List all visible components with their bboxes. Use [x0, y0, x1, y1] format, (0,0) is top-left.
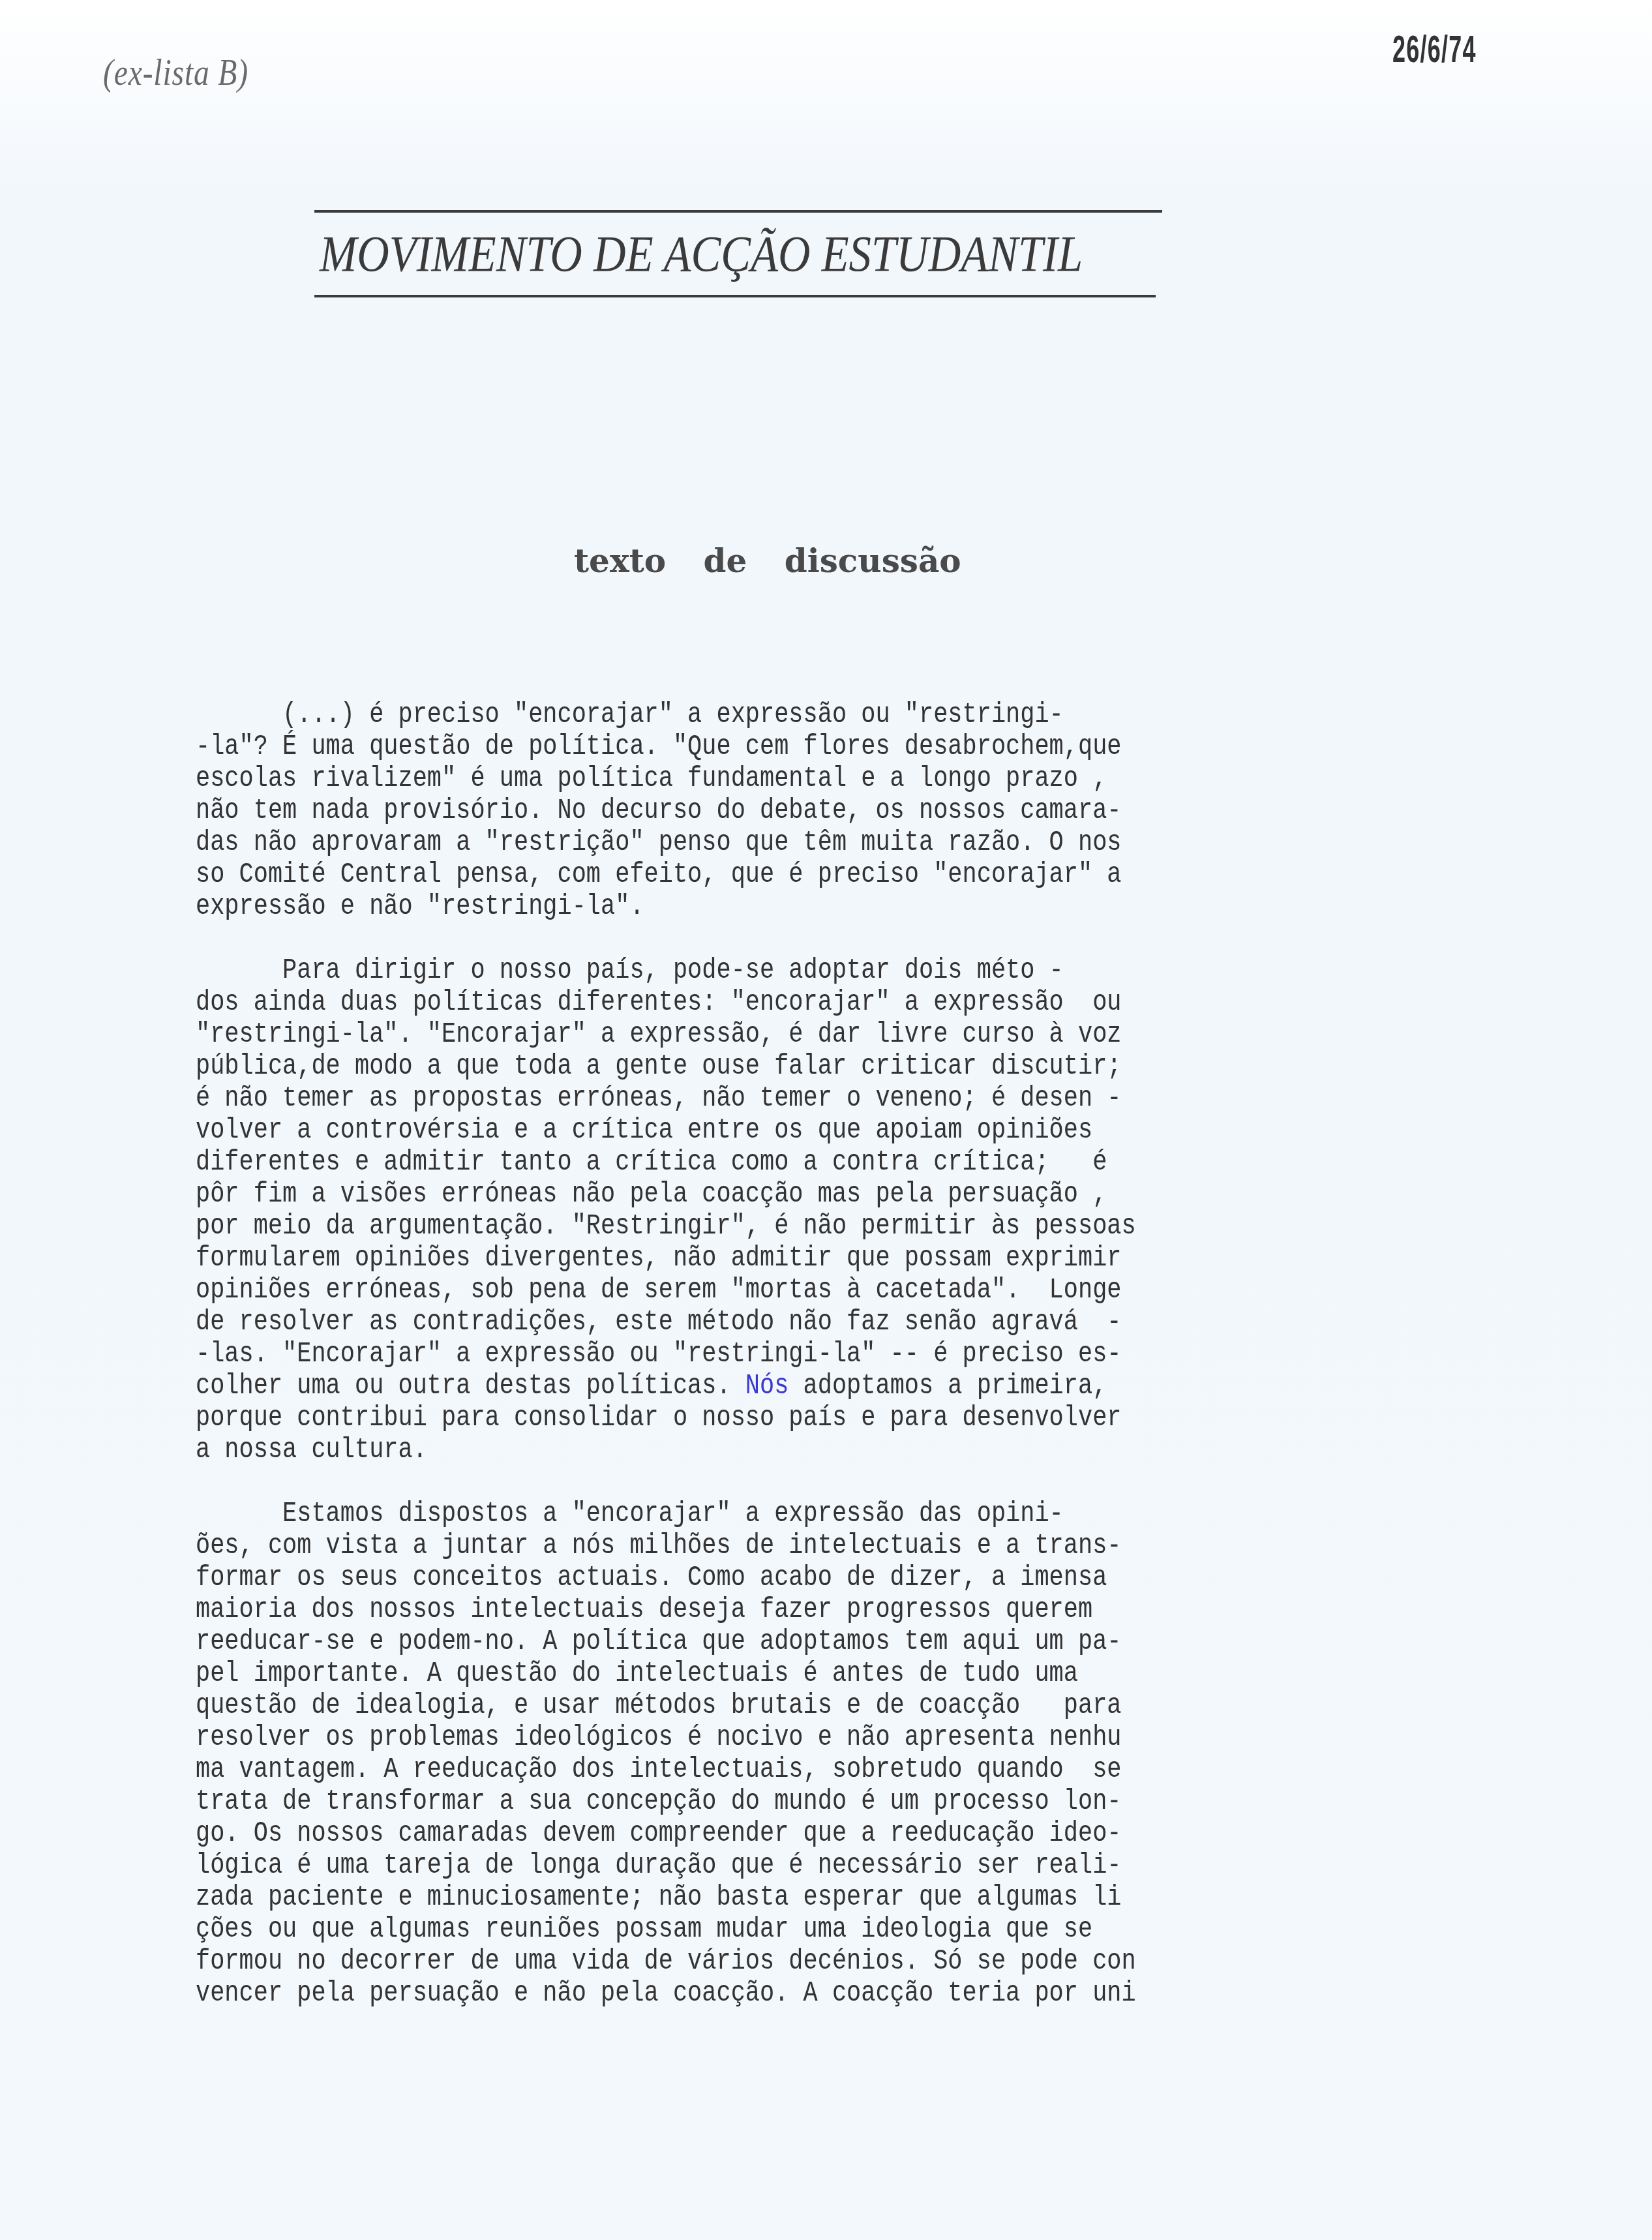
- reference-note: (ex-lista B): [103, 52, 248, 94]
- text-line: escolas rivalizem" é uma política fundam…: [196, 763, 1335, 795]
- text-line: formou no decorrer de uma vida de vários…: [196, 1946, 1335, 1978]
- text-line: vencer pela persuação e não pela coacção…: [196, 1978, 1335, 2010]
- text-line: das não aprovaram a "restrição" penso qu…: [196, 827, 1335, 859]
- text-line: é não temer as propostas erróneas, não t…: [196, 1083, 1335, 1115]
- section-heading: texto de discussão: [574, 541, 961, 580]
- paragraph: Estamos dispostos a "encorajar" a expres…: [196, 1498, 1552, 2010]
- text-line: ma vantagem. A reeducação dos intelectua…: [196, 1754, 1335, 1786]
- text-line: Para dirigir o nosso país, pode-se adopt…: [196, 955, 1335, 987]
- text-line: pública,de modo a que toda a gente ouse …: [196, 1051, 1335, 1083]
- text-line: resolver os problemas ideológicos é noci…: [196, 1722, 1335, 1754]
- text-line: pel importante. A questão do intelectuai…: [196, 1658, 1335, 1690]
- text-line: formar os seus conceitos actuais. Como a…: [196, 1562, 1335, 1594]
- text-line: diferentes e admitir tanto a crítica com…: [196, 1147, 1335, 1179]
- text-line: lógica é uma tareja de longa duração que…: [196, 1850, 1335, 1882]
- text-line: maioria dos nossos intelectuais deseja f…: [196, 1594, 1335, 1626]
- text-line: a nossa cultura.: [196, 1434, 1335, 1466]
- title-bottom-rule: [314, 295, 1156, 297]
- text-line: pôr fim a visões erróneas não pela coacç…: [196, 1179, 1335, 1211]
- text-line: formularem opiniões divergentes, não adm…: [196, 1243, 1335, 1275]
- paragraph: Para dirigir o nosso país, pode-se adopt…: [196, 955, 1552, 1466]
- text-line: -las. "Encorajar" a expressão ou "restri…: [196, 1339, 1335, 1370]
- title-block: MOVIMENTO DE ACÇÃO ESTUDANTIL: [314, 210, 1162, 297]
- text-line: questão de idealogia, e usar métodos bru…: [196, 1690, 1335, 1722]
- handwritten-correction: Nós: [745, 1370, 789, 1402]
- text-line: (...) é preciso "encorajar" a expressão …: [196, 699, 1335, 731]
- text-line: volver a controvérsia e a crítica entre …: [196, 1115, 1335, 1147]
- text-line: dos ainda duas políticas diferentes: "en…: [196, 987, 1335, 1019]
- body-text: (...) é preciso "encorajar" a expressão …: [196, 699, 1552, 2010]
- organization-title: MOVIMENTO DE ACÇÃO ESTUDANTIL: [320, 224, 1083, 283]
- text-line: não tem nada provisório. No decurso do d…: [196, 795, 1335, 827]
- text-line: colher uma ou outra destas políticas. Nó…: [196, 1370, 1335, 1402]
- text-line: de resolver as contradições, este método…: [196, 1307, 1335, 1339]
- text-line: "restringi-la". "Encorajar" a expressão,…: [196, 1019, 1335, 1051]
- text-line: expressão e não "restringi-la".: [196, 891, 1335, 923]
- text-line: opiniões erróneas, sob pena de serem "mo…: [196, 1275, 1335, 1307]
- text-line: ões, com vista a juntar a nós milhões de…: [196, 1530, 1335, 1562]
- title-top-rule: [314, 210, 1162, 213]
- text-line: -la"? É uma questão de política. "Que ce…: [196, 731, 1335, 763]
- text-line: zada paciente e minuciosamente; não bast…: [196, 1882, 1335, 1914]
- text-line: Estamos dispostos a "encorajar" a expres…: [196, 1498, 1335, 1530]
- text-line: reeducar-se e podem-no. A política que a…: [196, 1626, 1335, 1658]
- document-date: 26/6/74: [1392, 27, 1477, 71]
- text-line: go. Os nossos camaradas devem compreende…: [196, 1818, 1335, 1850]
- text-line: so Comité Central pensa, com efeito, que…: [196, 859, 1335, 891]
- text-line: por meio da argumentação. "Restringir", …: [196, 1211, 1335, 1243]
- paragraph: (...) é preciso "encorajar" a expressão …: [196, 699, 1552, 923]
- text-line: porque contribui para consolidar o nosso…: [196, 1402, 1335, 1434]
- text-line: ções ou que algumas reuniões possam muda…: [196, 1914, 1335, 1946]
- text-line: trata de transformar a sua concepção do …: [196, 1786, 1335, 1818]
